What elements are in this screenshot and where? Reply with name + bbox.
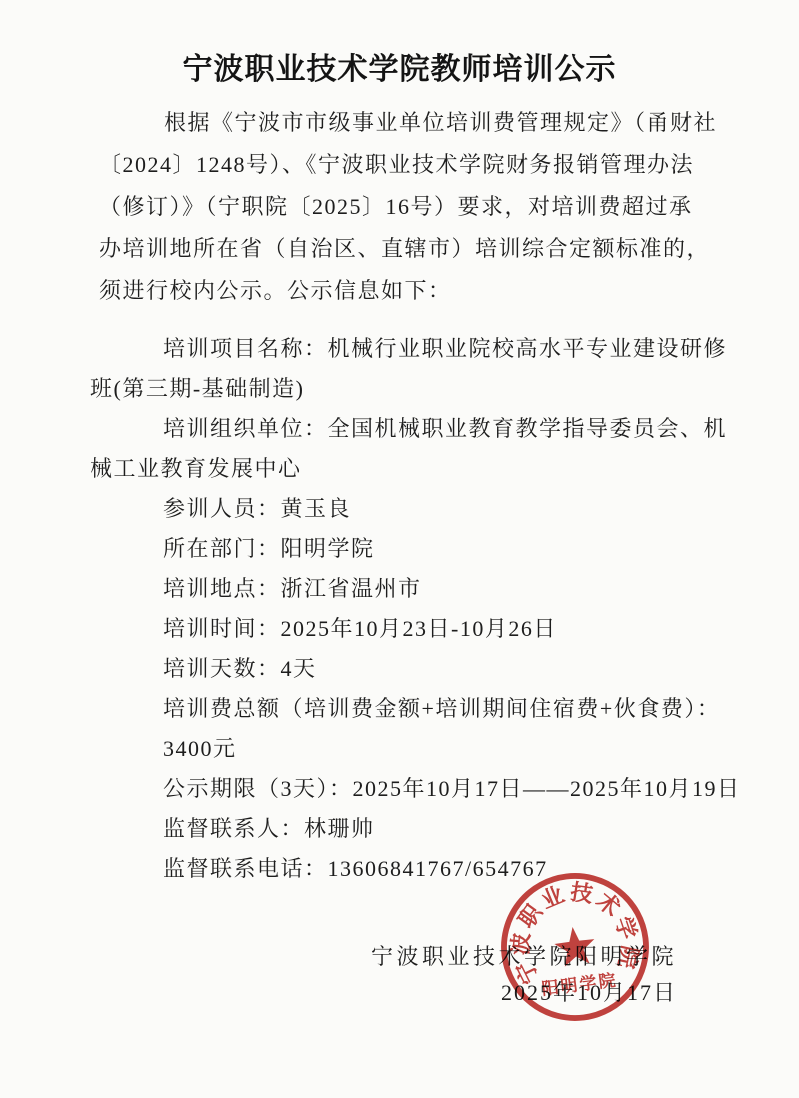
detail-line: 培训项目名称：机械行业职业院校高水平专业建设研修	[90, 329, 715, 369]
intro-line: 须进行校内公示。公示信息如下：	[99, 270, 715, 312]
detail-line: 械工业教育发展中心	[90, 449, 715, 489]
detail-line: 班(第三期-基础制造)	[90, 369, 715, 409]
intro-line: 〔2024〕1248号）、《宁波职业技术学院财务报销管理办法	[99, 144, 715, 186]
seal-inner-text: 阳明学院	[541, 970, 619, 999]
intro-line: 办培训地所在省（自治区、直辖市）培训综合定额标准的，	[99, 228, 715, 270]
detail-line: 参训人员：黄玉良	[90, 489, 715, 529]
detail-line: 培训地点：浙江省温州市	[90, 569, 715, 609]
scanned-document-page: 宁波职业技术学院教师培训公示 根据《宁波市市级事业单位培训费管理规定》（甬财社〔…	[0, 0, 799, 1098]
detail-line: 公示期限（3天）：2025年10月17日——2025年10月19日	[90, 769, 715, 809]
detail-line: 培训费总额（培训费金额+培训期间住宿费+伙食费）：	[90, 689, 715, 729]
detail-line: 培训天数：4天	[90, 649, 715, 689]
document-title: 宁波职业技术学院教师培训公示	[0, 44, 799, 88]
seal-star-icon	[553, 925, 598, 968]
detail-line: 所在部门：阳明学院	[90, 529, 715, 569]
detail-line: 培训时间：2025年10月23日-10月26日	[90, 609, 715, 649]
official-seal: 宁波职业技术学院 阳明学院	[457, 829, 693, 1065]
training-details: 培训项目名称：机械行业职业院校高水平专业建设研修班(第三期-基础制造)培训组织单…	[90, 329, 715, 889]
detail-line: 培训组织单位：全国机械职业教育教学指导委员会、机	[90, 409, 715, 449]
intro-paragraph: 根据《宁波市市级事业单位培训费管理规定》（甬财社〔2024〕1248号）、《宁波…	[99, 102, 715, 312]
intro-line: （修订）》（宁职院〔2025〕16号）要求，对培训费超过承	[99, 186, 715, 228]
detail-line: 3400元	[90, 729, 715, 769]
intro-line: 根据《宁波市市级事业单位培训费管理规定》（甬财社	[99, 102, 715, 144]
